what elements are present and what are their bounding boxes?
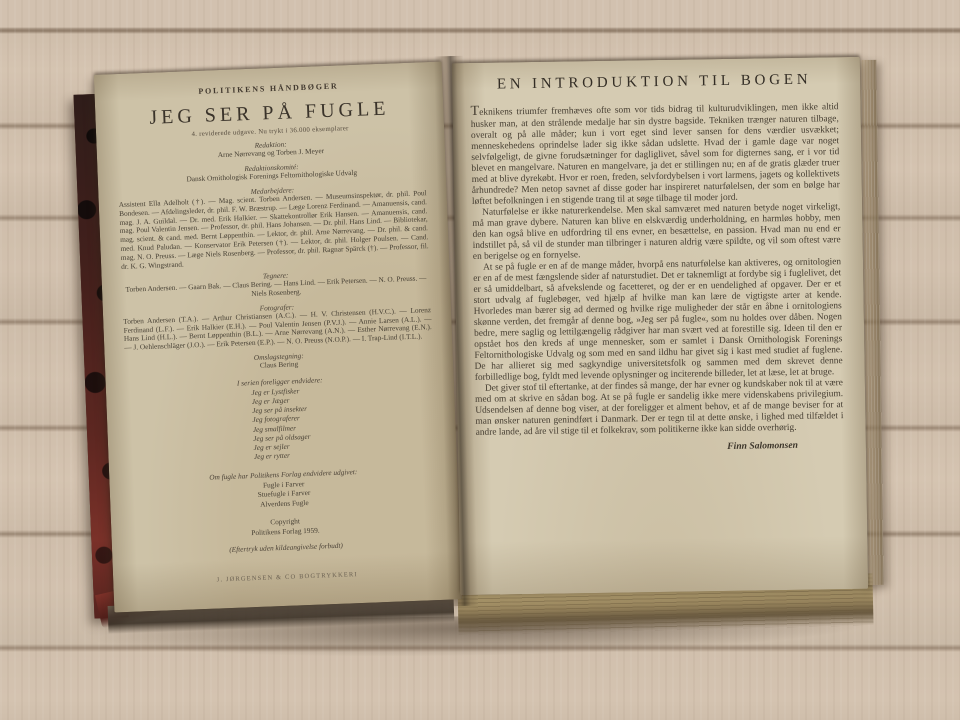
series-banner: POLITIKENS HÅNDBØGER: [109, 78, 427, 99]
intro-heading: EN INTRODUKTION TIL BOGEN: [470, 71, 838, 94]
intro-body: Teknikens triumfer fremhæves ofte som vo…: [470, 98, 843, 456]
right-page: EN INTRODUKTION TIL BOGEN Teknikens triu…: [452, 57, 868, 595]
author-signature: Finn Salomonsen: [476, 440, 798, 456]
series-list: Jeg er Lystfisker Jeg er Jæger Jeg ser p…: [251, 386, 311, 461]
book-photo: POLITIKENS HÅNDBØGER JEG SER PÅ FUGLE 4.…: [0, 0, 960, 720]
intro-paragraph: Teknikens triumfer fremhæves ofte som vo…: [470, 98, 840, 208]
series-item: Jeg er rytter: [254, 450, 312, 461]
intro-paragraph: Det giver stof til eftertanke, at der fi…: [475, 379, 844, 440]
copyright-block: Copyright Politikens Forlag 1959.: [126, 511, 444, 542]
credit-fotografer: Fotografer: Torben Andersen (T.A.). — Ar…: [118, 297, 437, 354]
left-page: POLITIKENS HÅNDBØGER JEG SER PÅ FUGLE 4.…: [94, 62, 462, 613]
printer-imprint: J. JØRGENSEN & CO BOGTRYKKERI: [128, 568, 446, 587]
intro-paragraph: Naturfølelse er ikke naturerkendelse. Me…: [472, 203, 841, 264]
right-page-content: EN INTRODUKTION TIL BOGEN Teknikens triu…: [452, 57, 866, 457]
wooden-table-background: { "left_page": { "series_banner": "POLIT…: [0, 0, 960, 720]
credit-text: Assistent Ella Adelholt (†). — Mag. scie…: [114, 189, 434, 272]
intro-paragraph: At se på fugle er en af de mange måder, …: [473, 258, 843, 385]
left-page-content: POLITIKENS HÅNDBØGER JEG SER PÅ FUGLE 4.…: [94, 62, 461, 588]
credit-medarbejdere: Medarbejdere: Assistent Ella Adelholt (†…: [113, 180, 434, 272]
